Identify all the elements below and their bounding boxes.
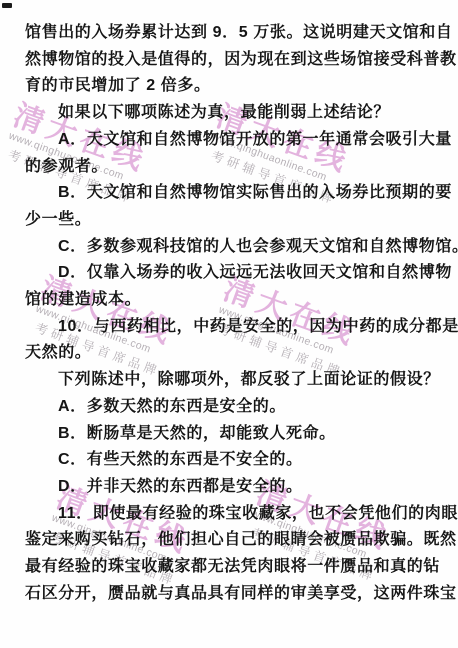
text-line: 鉴定来购买钻石，他们担心自己的眼睛会被赝品欺骗。既然 — [25, 527, 442, 554]
text-line: C．有些天然的东西是不安全的。 — [25, 447, 442, 474]
text-line: 馆售出的入场券累计达到 9．5 万张。这说明建天文馆和自 — [25, 20, 442, 47]
text-line: 最有经验的珠宝收藏家都无法凭肉眼将一件赝品和真的钻 — [25, 554, 442, 581]
text-line: 馆的建造成本。 — [25, 287, 442, 314]
text-line: C．多数参观科技馆的人也会参观天文馆和自然博物馆。 — [25, 234, 442, 261]
text-line: 的参观者。 — [25, 154, 442, 181]
text-line: 石区分开，赝品就与真品具有同样的审美享受，这两件珠宝 — [25, 581, 442, 608]
scan-artifact-mark — [2, 3, 12, 8]
text-line: 下列陈述中，除哪项外，都反驳了上面论证的假设？ — [25, 367, 442, 394]
text-line: 天然的。 — [25, 340, 442, 367]
text-line: 少一些。 — [25, 207, 442, 234]
text-line: 如果以下哪项陈述为真，最能削弱上述结论？ — [25, 100, 442, 127]
text-line: 育的市民增加了 2 倍多。 — [25, 73, 442, 100]
text-line: 10．与西药相比，中药是安全的，因为中药的成分都是 — [25, 314, 442, 341]
document-page: 清大在线 www.qinghuaonline.com 考研辅导首席品牌 清大在线… — [0, 0, 458, 648]
text-line: 然博物馆的投入是值得的，因为现在到这些场馆接受科普教 — [25, 47, 442, 74]
text-body: 馆售出的入场券累计达到 9．5 万张。这说明建天文馆和自 然博物馆的投入是值得的… — [25, 20, 442, 607]
text-line: A．多数天然的东西是安全的。 — [25, 394, 442, 421]
text-line: A．天文馆和自然博物馆开放的第一年通常会吸引大量 — [25, 127, 442, 154]
text-line: 11．即使最有经验的珠宝收藏家，也不会凭他们的肉眼 — [25, 501, 442, 528]
text-line: D．并非天然的东西都是安全的。 — [25, 474, 442, 501]
text-line: D．仅靠入场券的收入远远无法收回天文馆和自然博物 — [25, 260, 442, 287]
text-line: B．断肠草是天然的，却能致人死命。 — [25, 421, 442, 448]
text-line: B．天文馆和自然博物馆实际售出的入场券比预期的要 — [25, 180, 442, 207]
